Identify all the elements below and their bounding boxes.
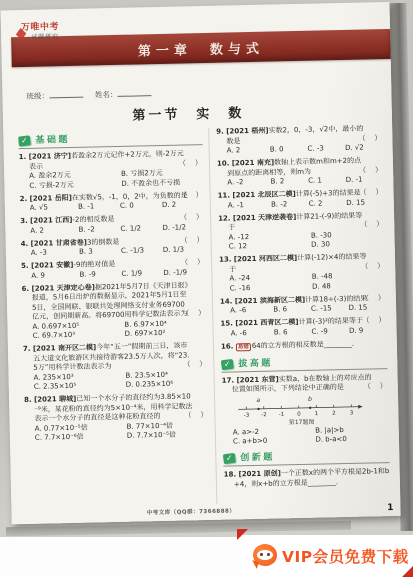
problem-number: 5. [21, 262, 31, 270]
option-C: C. 2.35×10⁵ [34, 381, 126, 393]
source-tag: [2021 聊城] [34, 395, 76, 404]
svg-text:b: b [308, 395, 312, 402]
source-tag: [2021 河西区二模] [234, 254, 297, 263]
question-7: 7. [2021 南开区二模]今年“五一”假期前三日，该市五大道文化旅游区共接待… [23, 341, 208, 374]
vip-download-badge[interactable]: VIP会员免费下载 [241, 535, 413, 577]
options-1: A. 盈余2万元B. 亏损2万元C. 亏损-2万元D. 不盈余也不亏损 [19, 168, 203, 191]
section-label-innovation: 创新题 [240, 450, 275, 464]
problem-7: 7. [2021 南开区二模]今年“五一”假期前三日，该市五大道文化旅游区共接待… [23, 341, 208, 393]
problem-1: 1. [2021 济宁]若盈余2万元记作+2万元，则-2万元表示（ ）A. 盈余… [19, 149, 204, 191]
problem-number: 6. [22, 284, 32, 292]
svg-text:-3: -3 [244, 412, 250, 418]
question-text: 计算(-3)²的结果等于 [299, 317, 363, 326]
problem-number: 11. [218, 191, 233, 199]
option-D: D. b-a<0 [315, 434, 389, 445]
name-blank [117, 88, 151, 97]
answer-paren: （ ） [362, 316, 386, 326]
problem-number: 14. [220, 297, 235, 305]
source-tag: [2021 济宁] [29, 152, 71, 161]
option-D: D. 7.7×10⁻⁵倍 [127, 430, 209, 441]
problem-number: 18. [224, 470, 239, 478]
option-B: B. -2 [78, 224, 120, 234]
option-D: D. 30 [311, 239, 385, 250]
option-A: A. -2 [227, 178, 270, 188]
source-tag: [2021 梧州] [226, 127, 268, 136]
problem-12: 12. [2021 天津逆袭卷]计算21-(-9)的结果等于（ ）A. -12B… [218, 211, 385, 253]
question-9: 9. [2021 梧州]实数2，0，-3，√2中，最小的数是（ ） [216, 124, 382, 147]
option-D: D. 697×10² [124, 328, 206, 339]
source-tag: [2021 甘肃省卷] [31, 238, 87, 247]
option-D: D. 9 [349, 326, 387, 336]
answer-paren: （ ） [360, 220, 384, 230]
problem-8: 8. [2021 聊城]已知一个水分子的直径约为3.85×10⁻⁹米，某花粉的直… [24, 392, 209, 444]
page-number: 1 [387, 503, 393, 513]
question-13: 13. [2021 河西区二模]计算(-12)×4的结果等于（ ） [219, 252, 385, 275]
option-B: B. 6 [274, 327, 312, 337]
option-B: B. 2 [270, 177, 308, 187]
option-C: C. -15 [311, 304, 349, 314]
option-D: D. 不盈余也不亏损 [121, 178, 203, 189]
answer-paren: （ ） [180, 213, 204, 223]
answer-paren: （ ） [180, 191, 204, 201]
source-tag: [2021 滨海新区二模] [235, 295, 305, 305]
question-text: 3的倒数是 [87, 237, 120, 246]
answer-paren: （ ） [364, 382, 388, 392]
section-label-basic: 基础题 [35, 132, 70, 146]
section-label-advanced: 拔高题 [238, 355, 273, 369]
options-7: A. 235×10³B. 23.5×10⁴C. 2.35×10⁵D. 0.235… [23, 370, 207, 393]
svg-text:a: a [256, 396, 260, 403]
option-C: C. a+b>0 [233, 436, 316, 447]
option-B: B. -9 [79, 269, 121, 279]
option-D: D. 15 [348, 303, 386, 313]
problem-number: 16. [221, 342, 236, 350]
answer-paren: （ ） [181, 236, 205, 246]
question-6: 6. [2021 天津定心卷]据2021年5月7日《天津日报》报道，5月6日出炉… [22, 281, 207, 323]
chat-mascot-icon [249, 543, 277, 569]
option-A: A. -1 [228, 200, 271, 210]
option-B: B. 0 [270, 145, 308, 155]
question-text: -9的绝对值是 [73, 260, 115, 269]
problem-5: 5. [2021 安徽]-9的绝对值是（ ）A. 9B. -9C. 1/9D. … [21, 258, 205, 281]
option-C: C. 1/9 [121, 268, 163, 278]
page-title: 第一节 实 数 [3, 99, 374, 126]
source-tag: [2021 天津定心卷] [32, 283, 95, 292]
answer-paren: （ ） [184, 411, 208, 421]
question-8: 8. [2021 聊城]已知一个水分子的直径约为3.85×10⁻⁹米，某花粉的直… [24, 392, 209, 425]
svg-text:1: 1 [315, 411, 319, 417]
options-13: A. -24B. -48C. -16D. 48 [219, 271, 385, 294]
question-1: 1. [2021 济宁]若盈余2万元记作+2万元，则-2万元表示（ ） [19, 149, 203, 172]
option-D: D. 48 [312, 281, 386, 292]
question-16: 16. 易错64的立方根的相反数是________. [221, 339, 387, 353]
option-B: B. -2 [271, 199, 309, 209]
problem-18: 18. [2021 原创]一个正数x的两个平方根是2b-1和b+4，则x+b的立… [224, 467, 390, 490]
option-C: C. 7.7×10⁻⁶倍 [35, 432, 127, 444]
source-tag: [2021 天津逆袭卷] [233, 213, 296, 222]
section-header-innovation: ✓创新题 [223, 447, 389, 467]
chapter-banner: 第一章 数与式 [11, 29, 391, 67]
answer-paren: （ ） [358, 134, 382, 144]
svg-text:-1: -1 [279, 411, 285, 417]
option-A: A. 2 [227, 146, 270, 156]
option-C: C. 1 [308, 176, 346, 186]
check-icon: ✓ [223, 453, 236, 464]
question-12: 12. [2021 天津逆袭卷]计算21-(-9)的结果等于（ ） [218, 211, 384, 234]
name-label: 姓名： [95, 90, 118, 99]
ribbon-corner-bottom-icon [402, 566, 413, 577]
option-C: C. -9 [311, 326, 349, 336]
answer-paren: （ ） [182, 309, 206, 319]
source-tag: [2021 原创] [238, 469, 280, 478]
ribbon-corner-top-icon [237, 529, 248, 540]
source-tag: [2021 北辰区二模] [232, 190, 295, 199]
option-A: A. √5 [30, 203, 78, 214]
answer-paren: （ ） [360, 188, 384, 198]
left-column: ✓基础题1. [2021 济宁]若盈余2万元记作+2万元，则-2万元表示（ ）A… [18, 128, 216, 508]
problem-2: 2. [2021 岳阳]在实数√5，-1，0，2中，为负数的是（ ）A. √5B… [20, 191, 204, 214]
problem-15: 15. [2021 西青区二模]计算(-3)²的结果等于（ ）A. -6B. 6… [220, 316, 386, 339]
problem-number: 17. [222, 376, 237, 384]
problem-16: 16. 易错64的立方根的相反数是________. [221, 339, 387, 353]
option-C: C. 亏损-2万元 [29, 179, 121, 191]
problem-columns: ✓基础题1. [2021 济宁]若盈余2万元记作+2万元，则-2万元表示（ ）A… [18, 124, 390, 508]
option-D: D. 0.235×10⁶ [126, 379, 208, 390]
question-text: 计算(-5)+3的结果是 [296, 189, 361, 198]
question-17: 17. [2021 东营]实数a，b在数轴上的对应点的位置如图所示，下列结论中正… [222, 373, 388, 396]
problem-14: 14. [2021 滨海新区二模]计算18÷(-3)的结果（ ）A. -6B. … [220, 294, 386, 317]
source-tag: [2021 江西] [30, 216, 72, 225]
answer-paren: （ ） [362, 294, 386, 304]
option-B: B. 3 [79, 247, 121, 257]
problem-6: 6. [2021 天津定心卷]据2021年5月7日《天津日报》报道，5月6日出炉… [22, 281, 207, 342]
answer-blank: ________. [308, 478, 338, 487]
source-tag: [2021 西青区二模] [235, 318, 298, 327]
student-info-row: 班级：姓名： [26, 88, 163, 102]
option-D: D. -1/9 [163, 268, 205, 278]
problem-3: 3. [2021 江西]-2的相反数是（ ）A. 2B. -2C. 1/2D. … [20, 213, 204, 236]
option-A: A. 2 [30, 225, 78, 236]
source-tag: [2021 南充] [232, 159, 274, 168]
option-C: C. 12 [229, 241, 312, 252]
option-B: B. 6 [273, 305, 311, 315]
answer-blank: ________. [324, 339, 354, 348]
option-D: D. -1/2 [162, 223, 204, 233]
options-17: A. a>-2B. |a|>bC. a+b>0D. b-a<0 [223, 425, 389, 448]
answer-paren: （ ） [359, 166, 383, 176]
question-18: 18. [2021 原创]一个正数x的两个平方根是2b-1和b+4，则x+b的立… [224, 467, 390, 490]
problem-number: 10. [217, 159, 232, 167]
option-C: C. -3 [307, 144, 345, 154]
number-line-figure: -3-2-10123ab第17题图 [236, 393, 389, 427]
problem-17: 17. [2021 东营]实数a，b在数轴上的对应点的位置如图所示，下列结论中正… [222, 373, 390, 448]
answer-paren: （ ） [361, 262, 385, 272]
problem-number: 13. [219, 255, 234, 263]
question-text: -2的相反数是 [72, 215, 114, 224]
option-D: D. 1/3 [163, 245, 205, 255]
bottom-strip: VIP会员免费下载 [0, 537, 413, 577]
problem-11: 11. [2021 北辰区二模]计算(-5)+3的结果是（ ）A. -1B. -… [218, 188, 384, 211]
logo-subtitle: 试题研究 [31, 32, 59, 42]
class-blank [49, 90, 83, 99]
question-text: 在实数√5，-1，0，2中，为负数的是 [72, 191, 188, 202]
answer-paren: （ ） [183, 360, 207, 370]
section-header-advanced: ✓拔高题 [221, 353, 387, 373]
answer-paren: （ ） [181, 258, 205, 268]
svg-text:-2: -2 [261, 412, 267, 418]
options-12: A. -12B. -30C. 12D. 30 [218, 230, 384, 253]
problem-number: 7. [23, 345, 33, 353]
option-D: D. 2 [162, 200, 204, 210]
check-icon: ✓ [221, 358, 234, 369]
option-D: D. -1 [346, 175, 384, 185]
problem-number: 3. [20, 217, 30, 225]
problem-number: 15. [220, 319, 235, 327]
option-A: A. -3 [31, 248, 79, 259]
question-text: 计算18÷(-3)的结果 [305, 294, 367, 303]
question-text: 64的立方根的相反数是 [252, 340, 324, 350]
problem-4: 4. [2021 甘肃省卷]3的倒数是（ ）A. -3B. 3C. -1/3D.… [21, 236, 205, 259]
source-tag: [2021 东营] [236, 375, 278, 384]
problem-number: 2. [20, 194, 30, 202]
problem-number: 12. [218, 214, 233, 222]
source-tag: [2021 南开区二模] [33, 343, 96, 352]
answer-paren: （ ） [179, 159, 203, 169]
question-10: 10. [2021 南充]数轴上表示数m和m+2的点到原点的距离相等，则m为（ … [217, 156, 383, 179]
source-tag: [2021 安徽] [31, 261, 73, 270]
vip-badge-label: VIP会员免费下载 [282, 545, 409, 567]
check-icon: ✓ [18, 135, 31, 146]
error-prone-badge: 易错 [236, 343, 251, 351]
option-C: C. 0 [120, 201, 162, 211]
option-B: B. -1 [78, 202, 120, 212]
right-column: 9. [2021 梧州]实数2，0，-3，√2中，最小的数是（ ）A. 2B. … [208, 124, 390, 504]
svg-text:2: 2 [332, 410, 336, 416]
svg-text:3: 3 [350, 410, 354, 416]
problem-number: 1. [19, 153, 29, 161]
problem-number: 9. [216, 128, 226, 136]
section-header-basic: ✓基础题 [18, 129, 202, 149]
option-D: D. 15 [346, 198, 384, 208]
options-6: A. 0.697×10⁵B. 6.97×10⁴C. 69.7×10³D. 697… [22, 319, 206, 342]
workbook-page: 万唯中考 试题研究 第一章 数与式 班级：姓名： 第一节 实 数 ✓基础题1. … [1, 2, 401, 524]
option-C: C. -1/3 [121, 246, 163, 256]
source-tag: [2021 岳阳] [30, 193, 72, 202]
option-A: A. -6 [231, 328, 274, 338]
problem-9: 9. [2021 梧州]实数2，0，-3，√2中，最小的数是（ ）A. 2B. … [216, 124, 383, 156]
option-A: A. -6 [230, 306, 273, 316]
publisher-logo: 万唯中考 试题研究 [21, 19, 59, 42]
option-C: C. 2 [309, 198, 347, 208]
problem-13: 13. [2021 河西区二模]计算(-12)×4的结果等于（ ）A. -24B… [219, 252, 386, 294]
option-C: C. 1/2 [120, 223, 162, 233]
option-C: C. 69.7×10³ [33, 330, 125, 342]
options-8: A. 0.77×10⁻⁵倍B. 77×10⁻⁴倍C. 7.7×10⁻⁶倍D. 7… [25, 421, 209, 444]
class-label: 班级： [26, 91, 49, 100]
problem-number: 8. [24, 396, 34, 404]
problem-number: 4. [21, 239, 31, 247]
option-D: D. √2 [345, 143, 383, 153]
problem-10: 10. [2021 南充]数轴上表示数m和m+2的点到原点的距离相等，则m为（ … [217, 156, 384, 188]
option-A: A. 9 [31, 270, 79, 281]
option-C: C. -16 [230, 282, 313, 293]
